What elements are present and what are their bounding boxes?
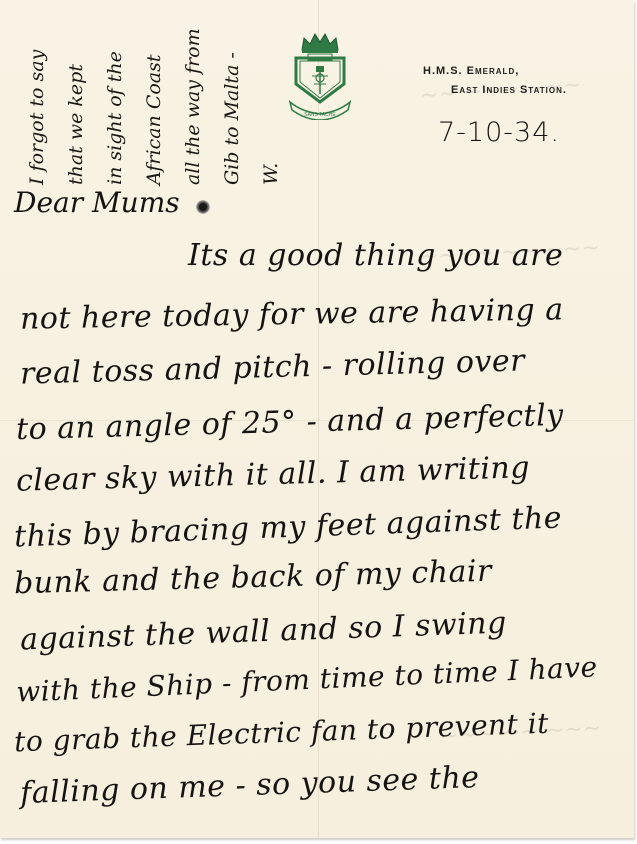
margin-note-line: African Coast — [135, 28, 174, 185]
ink-blot — [196, 200, 210, 214]
letterhead-ship-name: H.M.S. Emerald, — [423, 62, 567, 81]
margin-note-line: W. — [252, 28, 291, 185]
body-line: to an angle of 25° - and a perfectly — [16, 398, 564, 447]
letterhead: H.M.S. Emerald, East Indies Station. — [415, 62, 567, 100]
margin-note-line: I forgot to say — [18, 28, 57, 185]
body-line: not here today for we are having a — [20, 292, 564, 336]
ship-crest-icon: EMERALD SANS TACHE — [282, 28, 358, 120]
margin-note-line: in sight of the — [96, 28, 135, 185]
margin-note-line: all the way from — [174, 28, 213, 185]
margin-note: I forgot to say that we kept in sight of… — [18, 28, 291, 185]
body-line: falling on me - so you see the — [20, 760, 481, 811]
body-line: to grab the Electric fan to prevent it — [14, 707, 550, 759]
margin-note-line: that we kept — [57, 28, 96, 185]
body-line: with the Ship - from time to time I have — [16, 650, 599, 708]
body-line: against the wall and so I swing — [20, 606, 508, 658]
letter-date: 7-10-34. — [438, 117, 560, 148]
letterhead-station: East Indies Station. — [451, 81, 567, 100]
margin-note-line: Gib to Malta - — [213, 28, 252, 185]
body-line: this by bracing my feet against the — [14, 500, 563, 554]
body-line: real toss and pitch - rolling over — [20, 343, 526, 391]
letter-page: ~~ ~~~ ~~~ ~~~~ ~~ ~~~ ~~~ ~~ ~~~ EMERAL… — [0, 0, 634, 838]
body-line: bunk and the back of my chair — [14, 554, 493, 601]
salutation: Dear Mums — [14, 186, 180, 219]
svg-text:SANS TACHE: SANS TACHE — [304, 112, 336, 118]
body-line: clear sky with it all. I am writing — [16, 450, 531, 498]
body-line: Its a good thing you are — [188, 238, 563, 273]
